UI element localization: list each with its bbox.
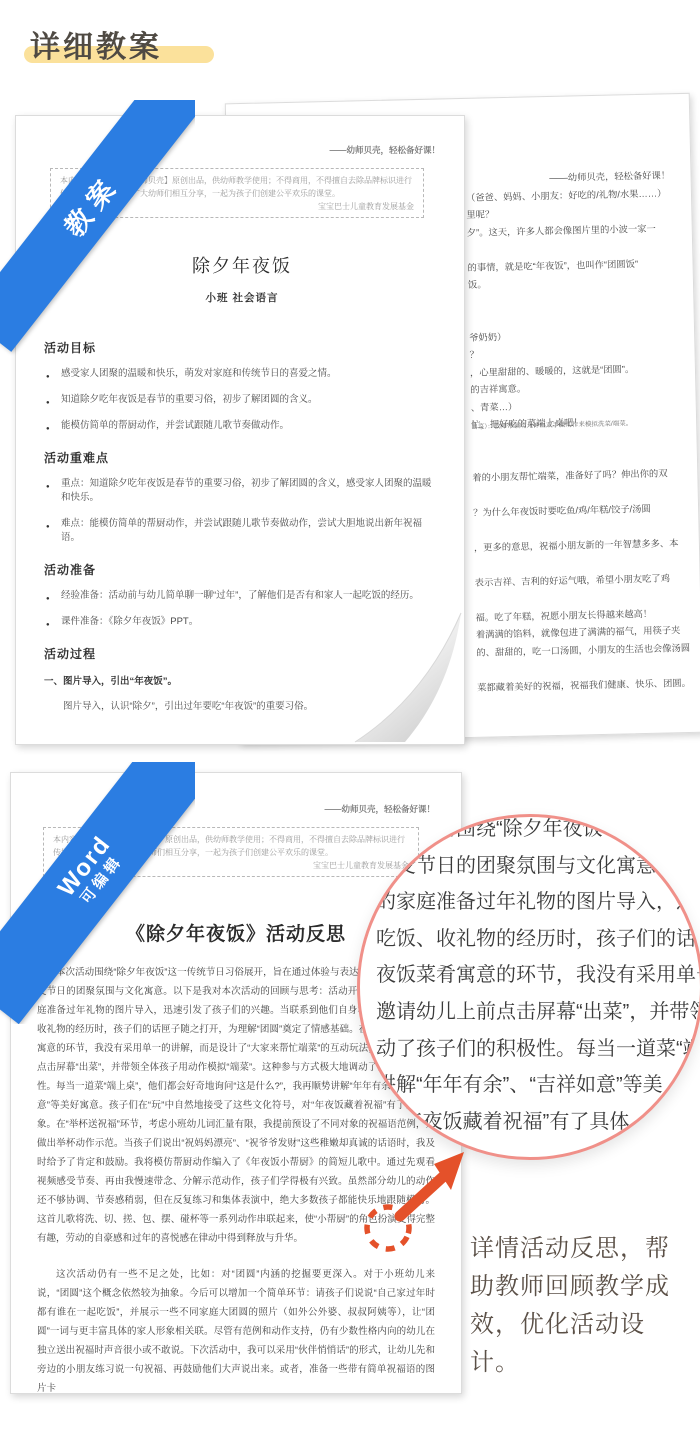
ribbon-label: 教案 <box>0 100 195 346</box>
magnified-line: 邀请幼儿上前点击屏幕“出菜”，并带领 <box>376 994 700 1031</box>
goal-list: 感受家人团聚的温暖和快乐，萌发对家庭和传统节日的喜爱之情。知道除夕吃年夜饭是春节… <box>44 367 440 433</box>
ribbon-label-editable: 可编辑 <box>0 762 195 1016</box>
magnified-line: 本次活动围绕“除夕年夜饭”这一 <box>376 814 700 848</box>
page-title-block: 详细教案 <box>30 22 162 66</box>
magnifier-circle: 本次活动围绕“除夕年夜饭”这一感受节日的团聚氛围与文化寓意。的家庭准备过年礼物的… <box>357 814 700 1160</box>
page-curl-decoration <box>337 611 465 745</box>
magnified-line: 感受节日的团聚氛围与文化寓意。 <box>376 848 700 885</box>
feature-caption: 详情活动反思，帮助教师回顾教学成效，优化活动设计。 <box>470 1230 690 1382</box>
page-title: 详细教案 <box>30 22 162 66</box>
magnified-line: 对“年夜饭藏着祝福”有了具体 <box>376 1104 700 1141</box>
magnified-line: 的家庭准备过年礼物的图片导入，迅速 <box>376 884 700 921</box>
magnified-text: 本次活动围绕“除夕年夜饭”这一感受节日的团聚氛围与文化寓意。的家庭准备过年礼物的… <box>376 814 700 1140</box>
corner-ribbon-word: Word 可编辑 <box>0 762 195 1024</box>
magnified-line: 吃饭、收礼物的经历时，孩子们的话匣子 <box>376 921 700 958</box>
back-page-text-lower: 着的小朋友帮忙端菜，准备好了吗？伸出你的双？为什么年夜饭时要吃鱼/鸡/年糕/饺子… <box>471 417 691 697</box>
promo-poster: 详细教案 ——幼师贝壳，轻松备好课！（爸爸、妈妈、小朋友：好吃的/礼物/水果……… <box>0 0 700 1437</box>
section-heading-prep: 活动准备 <box>44 561 440 578</box>
section-heading-keypoints: 活动重难点 <box>44 449 440 466</box>
magnified-line: 讲解“年年有余”、“吉祥如意”等美 <box>376 1067 700 1104</box>
keypoint-item: 难点：能模仿简单的帮厨动作，并尝试跟随儿歌节奏做动作，尝试大胆地说出新年祝福语。 <box>44 517 440 545</box>
ribbon-band: 教案 <box>0 100 195 352</box>
ribbon-band: Word 可编辑 <box>0 762 195 1024</box>
prep-item: 经验准备：活动前与幼儿简单聊一聊“过年”，了解他们是否有和家人一起吃饭的经历。 <box>44 589 440 603</box>
goal-item: 知道除夕吃年夜饭是春节的重要习俗，初步了解团圆的含义。 <box>44 393 440 407</box>
back-page-line: 菜都藏着美好的祝福，祝福我们健康、快乐、团圆。 <box>477 674 691 696</box>
magnified-line: 动了孩子们的积极性。每当一道菜“端 <box>376 1031 700 1068</box>
keypoint-item: 重点：知道除夕吃年夜饭是春节的重要习俗，初步了解团圆的含义，感受家人团聚的温暖和… <box>44 477 440 505</box>
corner-ribbon-lesson: 教案 <box>0 100 195 362</box>
keypoint-list: 重点：知道除夕吃年夜饭是春节的重要习俗，初步了解团圆的含义，感受家人团聚的温暖和… <box>44 477 440 545</box>
goal-item: 感受家人团聚的温暖和快乐，萌发对家庭和传统节日的喜爱之情。 <box>44 367 440 381</box>
reflection-paragraph-2: 这次活动仍有一些不足之处，比如：对“团圆”内涵的挖掘要更深入。对于小班幼儿来说，… <box>37 1265 435 1398</box>
goal-item: 能模仿简单的帮厨动作，并尝试跟随儿歌节奏做动作。 <box>44 419 440 433</box>
back-page-text-upper: ——幼师贝壳，轻松备好课！（爸爸、妈妈、小朋友：好吃的/礼物/水果……）里呢？夕… <box>465 137 676 434</box>
arrow-up-icon <box>350 1142 480 1259</box>
magnified-line: 夜饭菜肴寓意的环节，我没有采用单一的 <box>376 957 700 994</box>
